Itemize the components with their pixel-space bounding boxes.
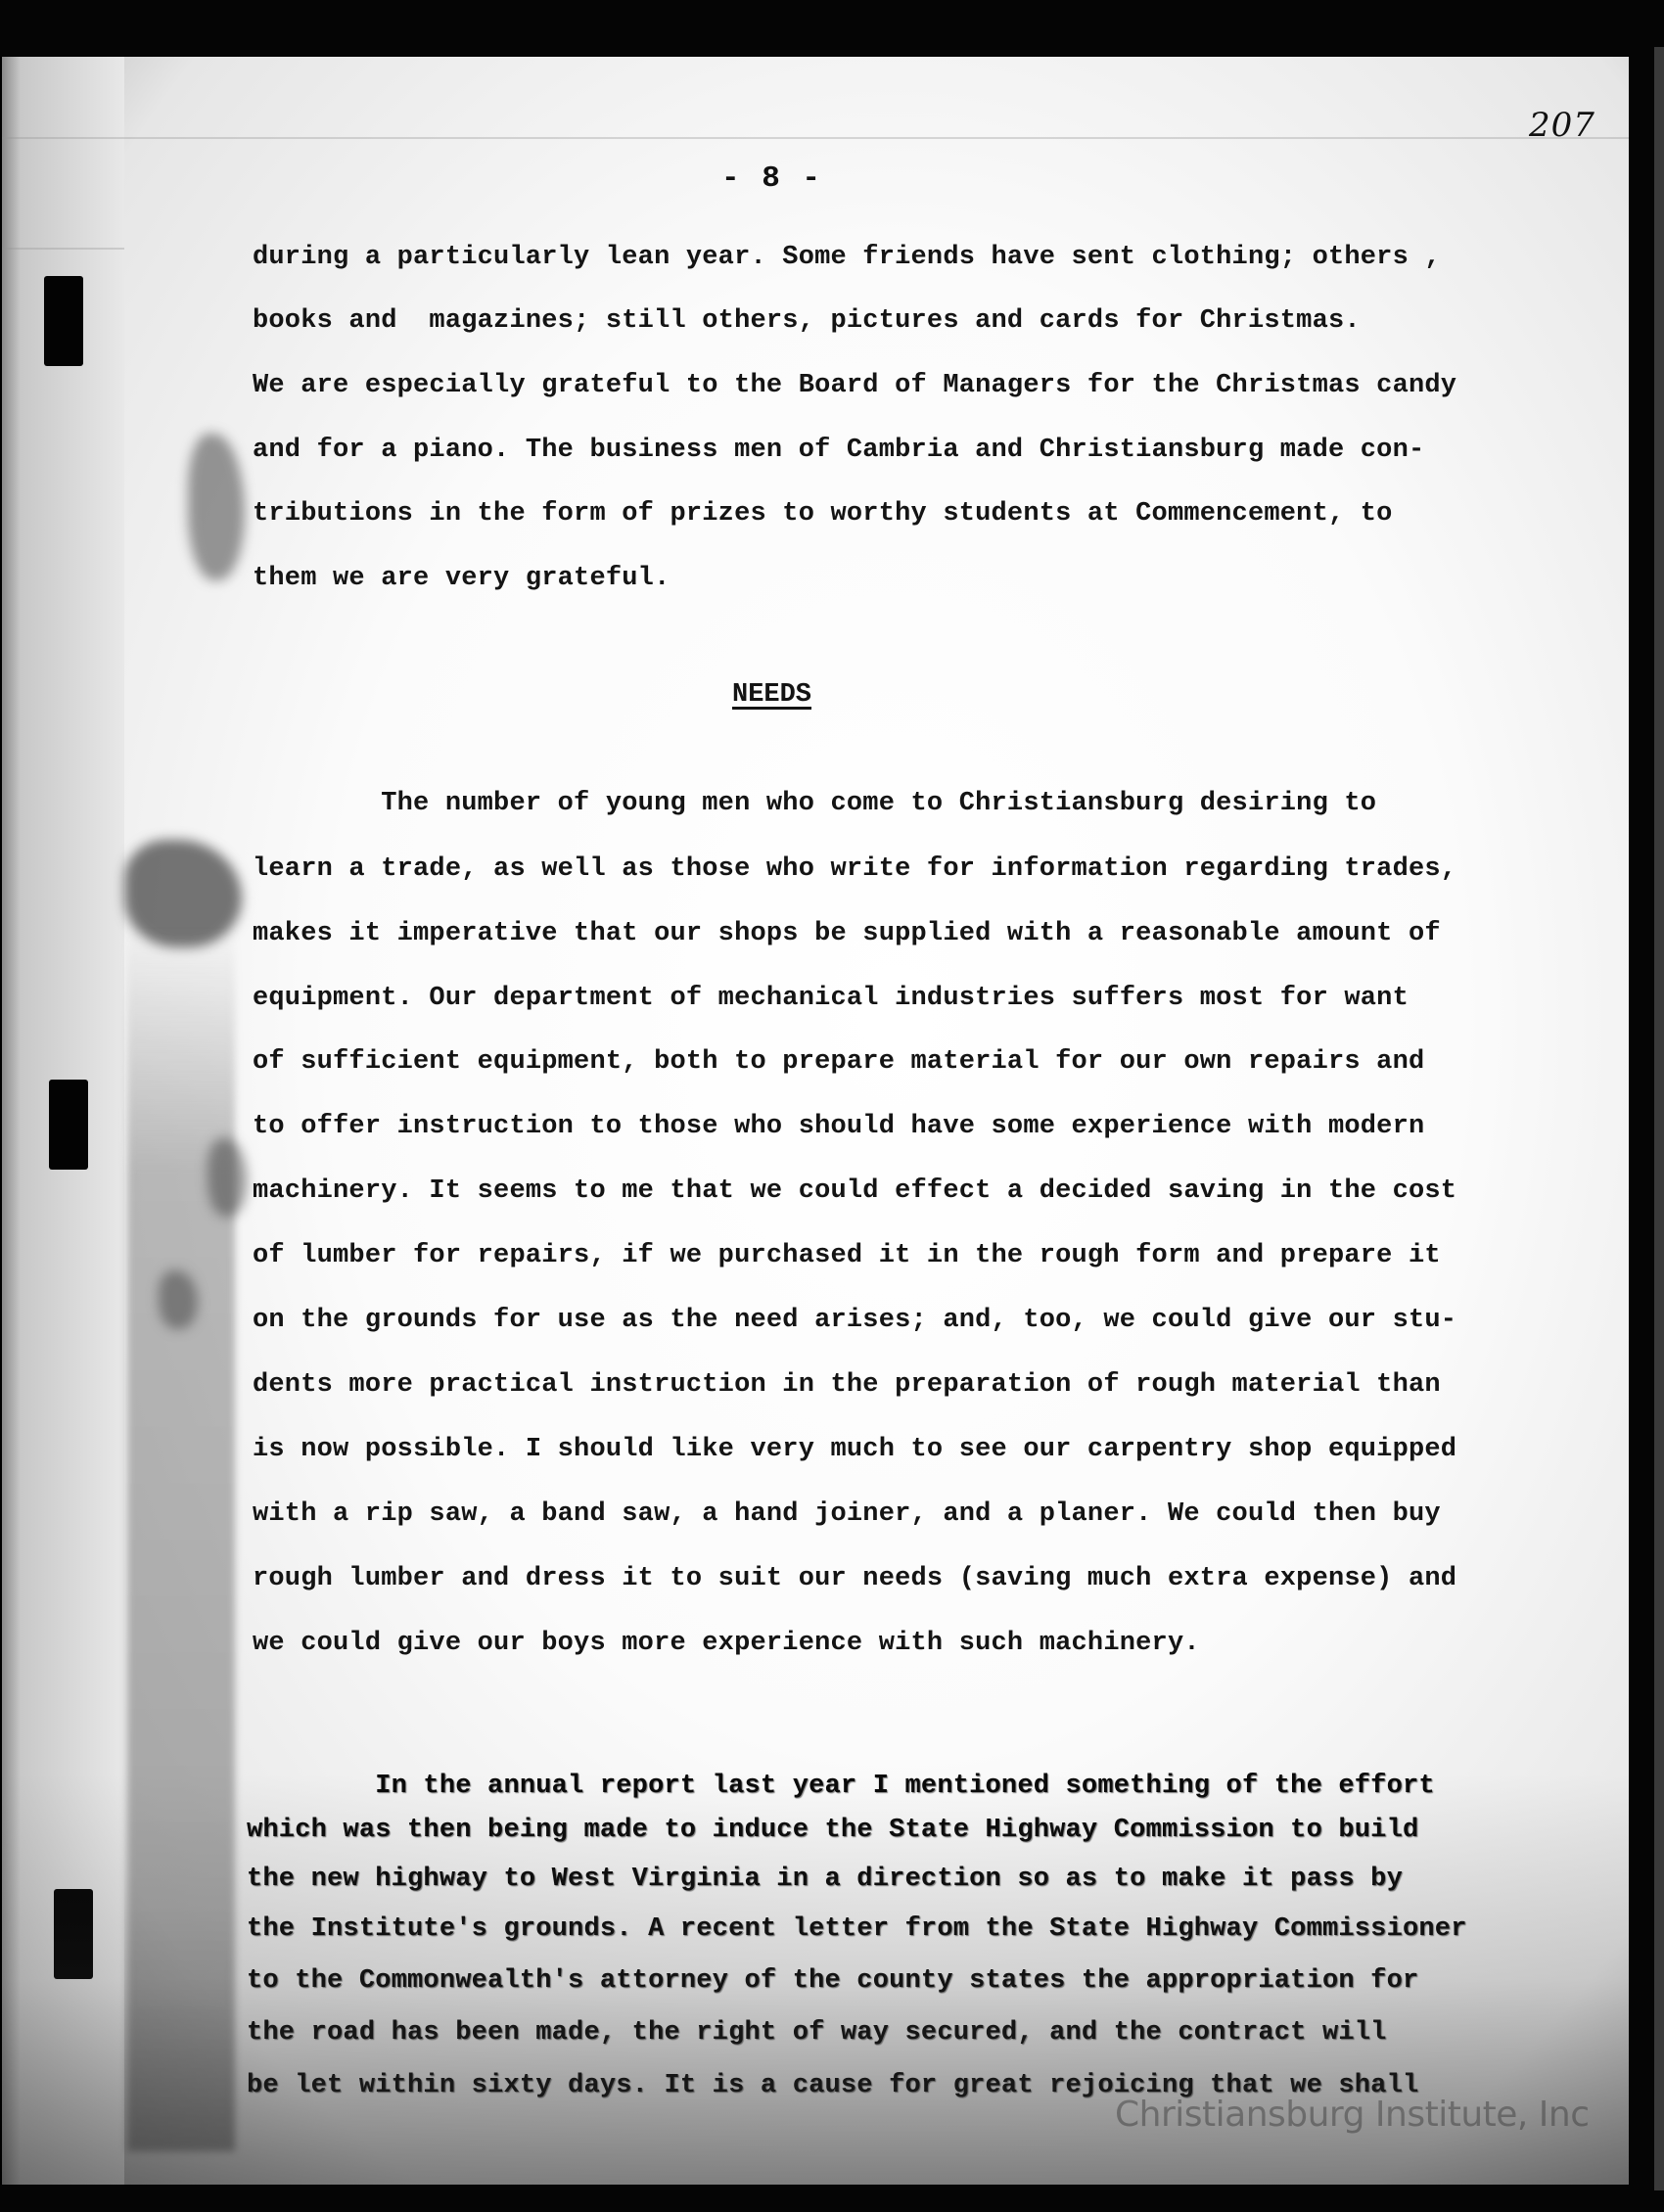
binding-hole-top — [44, 276, 83, 366]
margin-streak — [127, 928, 235, 2151]
scan-frame-bottom — [0, 2185, 1664, 2212]
text-line: makes it imperative that our shops be su… — [253, 919, 1441, 948]
text-line: the Institute's grounds. A recent letter… — [247, 1914, 1467, 1944]
scan-line — [2, 248, 124, 250]
text-line: We are especially grateful to the Board … — [253, 371, 1456, 400]
text-line: during a particularly lean year. Some fr… — [253, 243, 1441, 272]
text-line: In the annual report last year I mention… — [247, 1772, 1435, 1801]
text-line: dents more practical instruction in the … — [253, 1370, 1441, 1400]
text-line: which was then being made to induce the … — [247, 1816, 1418, 1845]
text-line: rough lumber and dress it to suit our ne… — [253, 1564, 1456, 1593]
binding-hole-bottom — [54, 1889, 93, 1979]
ink-stain — [188, 434, 245, 580]
text-line: equipment. Our department of mechanical … — [253, 984, 1409, 1013]
text-line: The number of young men who come to Chri… — [253, 789, 1376, 818]
text-line: on the grounds for use as the need arise… — [253, 1306, 1456, 1335]
text-line: to the Commonwealth's attorney of the co… — [247, 1966, 1418, 1996]
adjacent-page-edge — [1654, 47, 1664, 2190]
text-line: with a rip saw, a band saw, a hand joine… — [253, 1499, 1441, 1529]
text-line: tributions in the form of prizes to wort… — [253, 499, 1393, 529]
text-line: of lumber for repairs, if we purchased i… — [253, 1241, 1441, 1270]
paragraph-highway: In the annual report last year I mention… — [247, 57, 311, 321]
archive-page-number: 207 — [1529, 106, 1595, 145]
text-line: of sufficient equipment, both to prepare… — [253, 1047, 1424, 1077]
text-line: learn a trade, as well as those who writ… — [253, 854, 1456, 884]
text-line: books and magazines; still others, pictu… — [253, 306, 1361, 336]
text-line: the road has been made, the right of way… — [247, 2018, 1387, 2048]
scan-frame-top — [0, 0, 1664, 57]
ink-stain — [208, 1138, 247, 1217]
page-number: - 8 - — [721, 161, 822, 196]
text-line: we could give our boys more experience w… — [253, 1629, 1200, 1658]
text-line: the new highway to West Virginia in a di… — [247, 1865, 1403, 1894]
text-line: and for a piano. The business men of Cam… — [253, 436, 1424, 465]
text-line: to offer instruction to those who should… — [253, 1112, 1424, 1141]
text-line: is now possible. I should like very much… — [253, 1435, 1456, 1464]
watermark: Christiansburg Institute, Inc — [1115, 2095, 1590, 2135]
document-page: 207 - 8 - during a particularly lean yea… — [2, 57, 1629, 2185]
text-line: machinery. It seems to me that we could … — [253, 1176, 1456, 1206]
binding-hole-middle — [49, 1080, 88, 1170]
section-heading-needs: NEEDS — [732, 680, 811, 710]
text-line: them we are very grateful. — [253, 564, 670, 593]
